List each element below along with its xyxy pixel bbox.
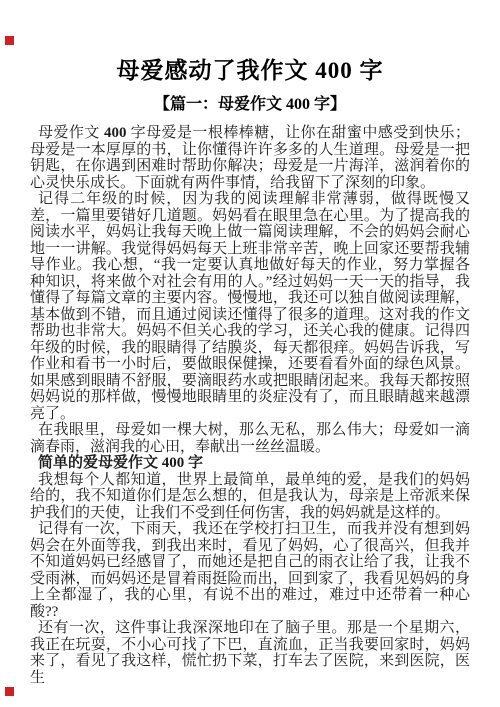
paragraph-rainy-day-story: 记得有一次，下雨天，我还在学校打扫卫生，而我并没有想到妈妈会在外面等我，到我出来… [30,521,470,620]
red-bullet-marker-top [5,36,14,45]
paragraph-intro: 母爱作文 400 字母爱是一根棒棒糖，让你在甜蜜中感受到快乐；母爱是一本厚厚的书… [30,125,470,191]
document-page: 母爱感动了我作文 400 字 【篇一：母爱作文 400 字】 母爱作文 400 … [0,0,500,707]
page-title: 母爱感动了我作文 400 字 [0,0,500,85]
red-bullet-marker-bottom [5,687,14,696]
section-heading: 【篇一：母爱作文 400 字】 [0,91,500,114]
paragraph-conclusion: 在我眼里，母爱如一棵大树，那么无私，那么伟大；母爱如一滴滴春雨，滋润我的心田，奉… [30,422,470,455]
essay-body: 母爱作文 400 字母爱是一根棒棒糖，让你在甜蜜中感受到快乐；母爱是一本厚厚的书… [30,125,470,686]
paragraph-second-essay-intro: 我想每个人都知道，世界上最简单，最单纯的爱，是我们的妈妈给的，我不知道你们是怎么… [30,472,470,522]
paragraph-intro-prefix: 母爱作文 [38,125,104,141]
paragraph-intro-bold-number: 400 [104,125,127,141]
paragraph-hospital-story: 还有一次，这件事让我深深地印在了脑子里。那是一个星期六，我正在玩耍，不小心可找了… [30,620,470,686]
paragraph-story-reading: 记得二年级的时候，因为我的阅读理解非常薄弱，做得既慢又差，一篇里要错好几道题。妈… [30,191,470,422]
paragraph-subheading-second-essay: 简单的爱母爱作文 400 字 [30,455,470,472]
